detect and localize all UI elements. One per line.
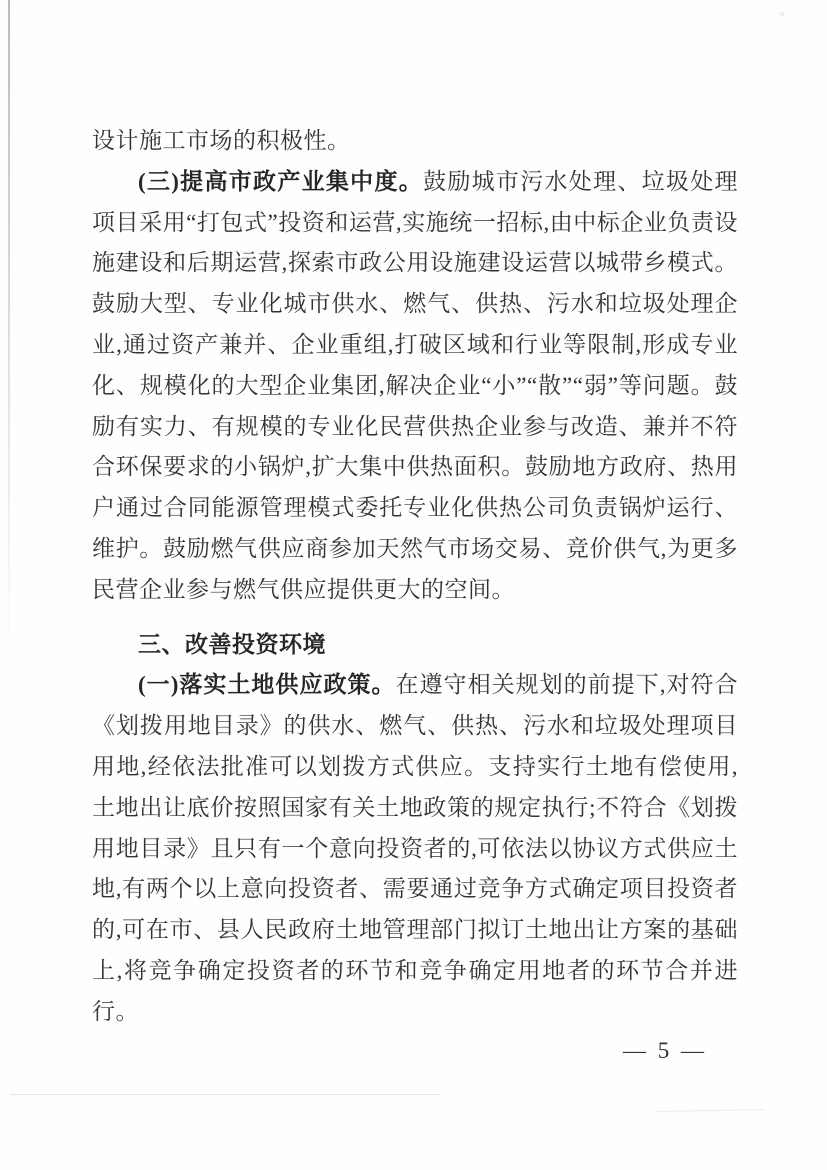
paragraph-bold-lead: (三)提高市政产业集中度。	[138, 169, 423, 194]
paragraph-body-text: 鼓励城市污水处理、垃圾处理项目采用“打包式”投资和运营,实施统一招标,由中标企业…	[92, 169, 738, 602]
section-heading-text: 三、改善投资环境	[138, 632, 326, 657]
document-page: 设计施工市场的积极性。 (三)提高市政产业集中度。鼓励城市污水处理、垃圾处理项目…	[0, 0, 827, 1170]
paragraph-section-three-item: (三)提高市政产业集中度。鼓励城市污水处理、垃圾处理项目采用“打包式”投资和运营…	[92, 162, 738, 611]
paragraph-continuation: 设计施工市场的积极性。	[92, 121, 738, 162]
paragraph-land-supply-policy: (一)落实土地供应政策。在遵守相关规划的前提下,对符合《划拨用地目录》的供水、燃…	[92, 665, 738, 1032]
scan-artifact-bottom-right-line	[655, 1109, 765, 1112]
document-content: 设计施工市场的积极性。 (三)提高市政产业集中度。鼓励城市污水处理、垃圾处理项目…	[92, 121, 738, 1033]
paragraph-continuation-text: 设计施工市场的积极性。	[92, 128, 351, 153]
paragraph-bold-lead: (一)落实土地供应政策。	[138, 672, 396, 697]
scan-artifact-bottom-line	[10, 1094, 440, 1095]
scan-artifact-speck	[778, 11, 785, 17]
scan-artifact-left-edge-line	[8, 0, 10, 660]
paragraph-body-text: 在遵守相关规划的前提下,对符合《划拨用地目录》的供水、燃气、供热、污水和垃圾处理…	[92, 672, 738, 1023]
page-number: — 5 —	[623, 1038, 707, 1064]
section-heading-improve-investment-environment: 三、改善投资环境	[92, 625, 738, 666]
